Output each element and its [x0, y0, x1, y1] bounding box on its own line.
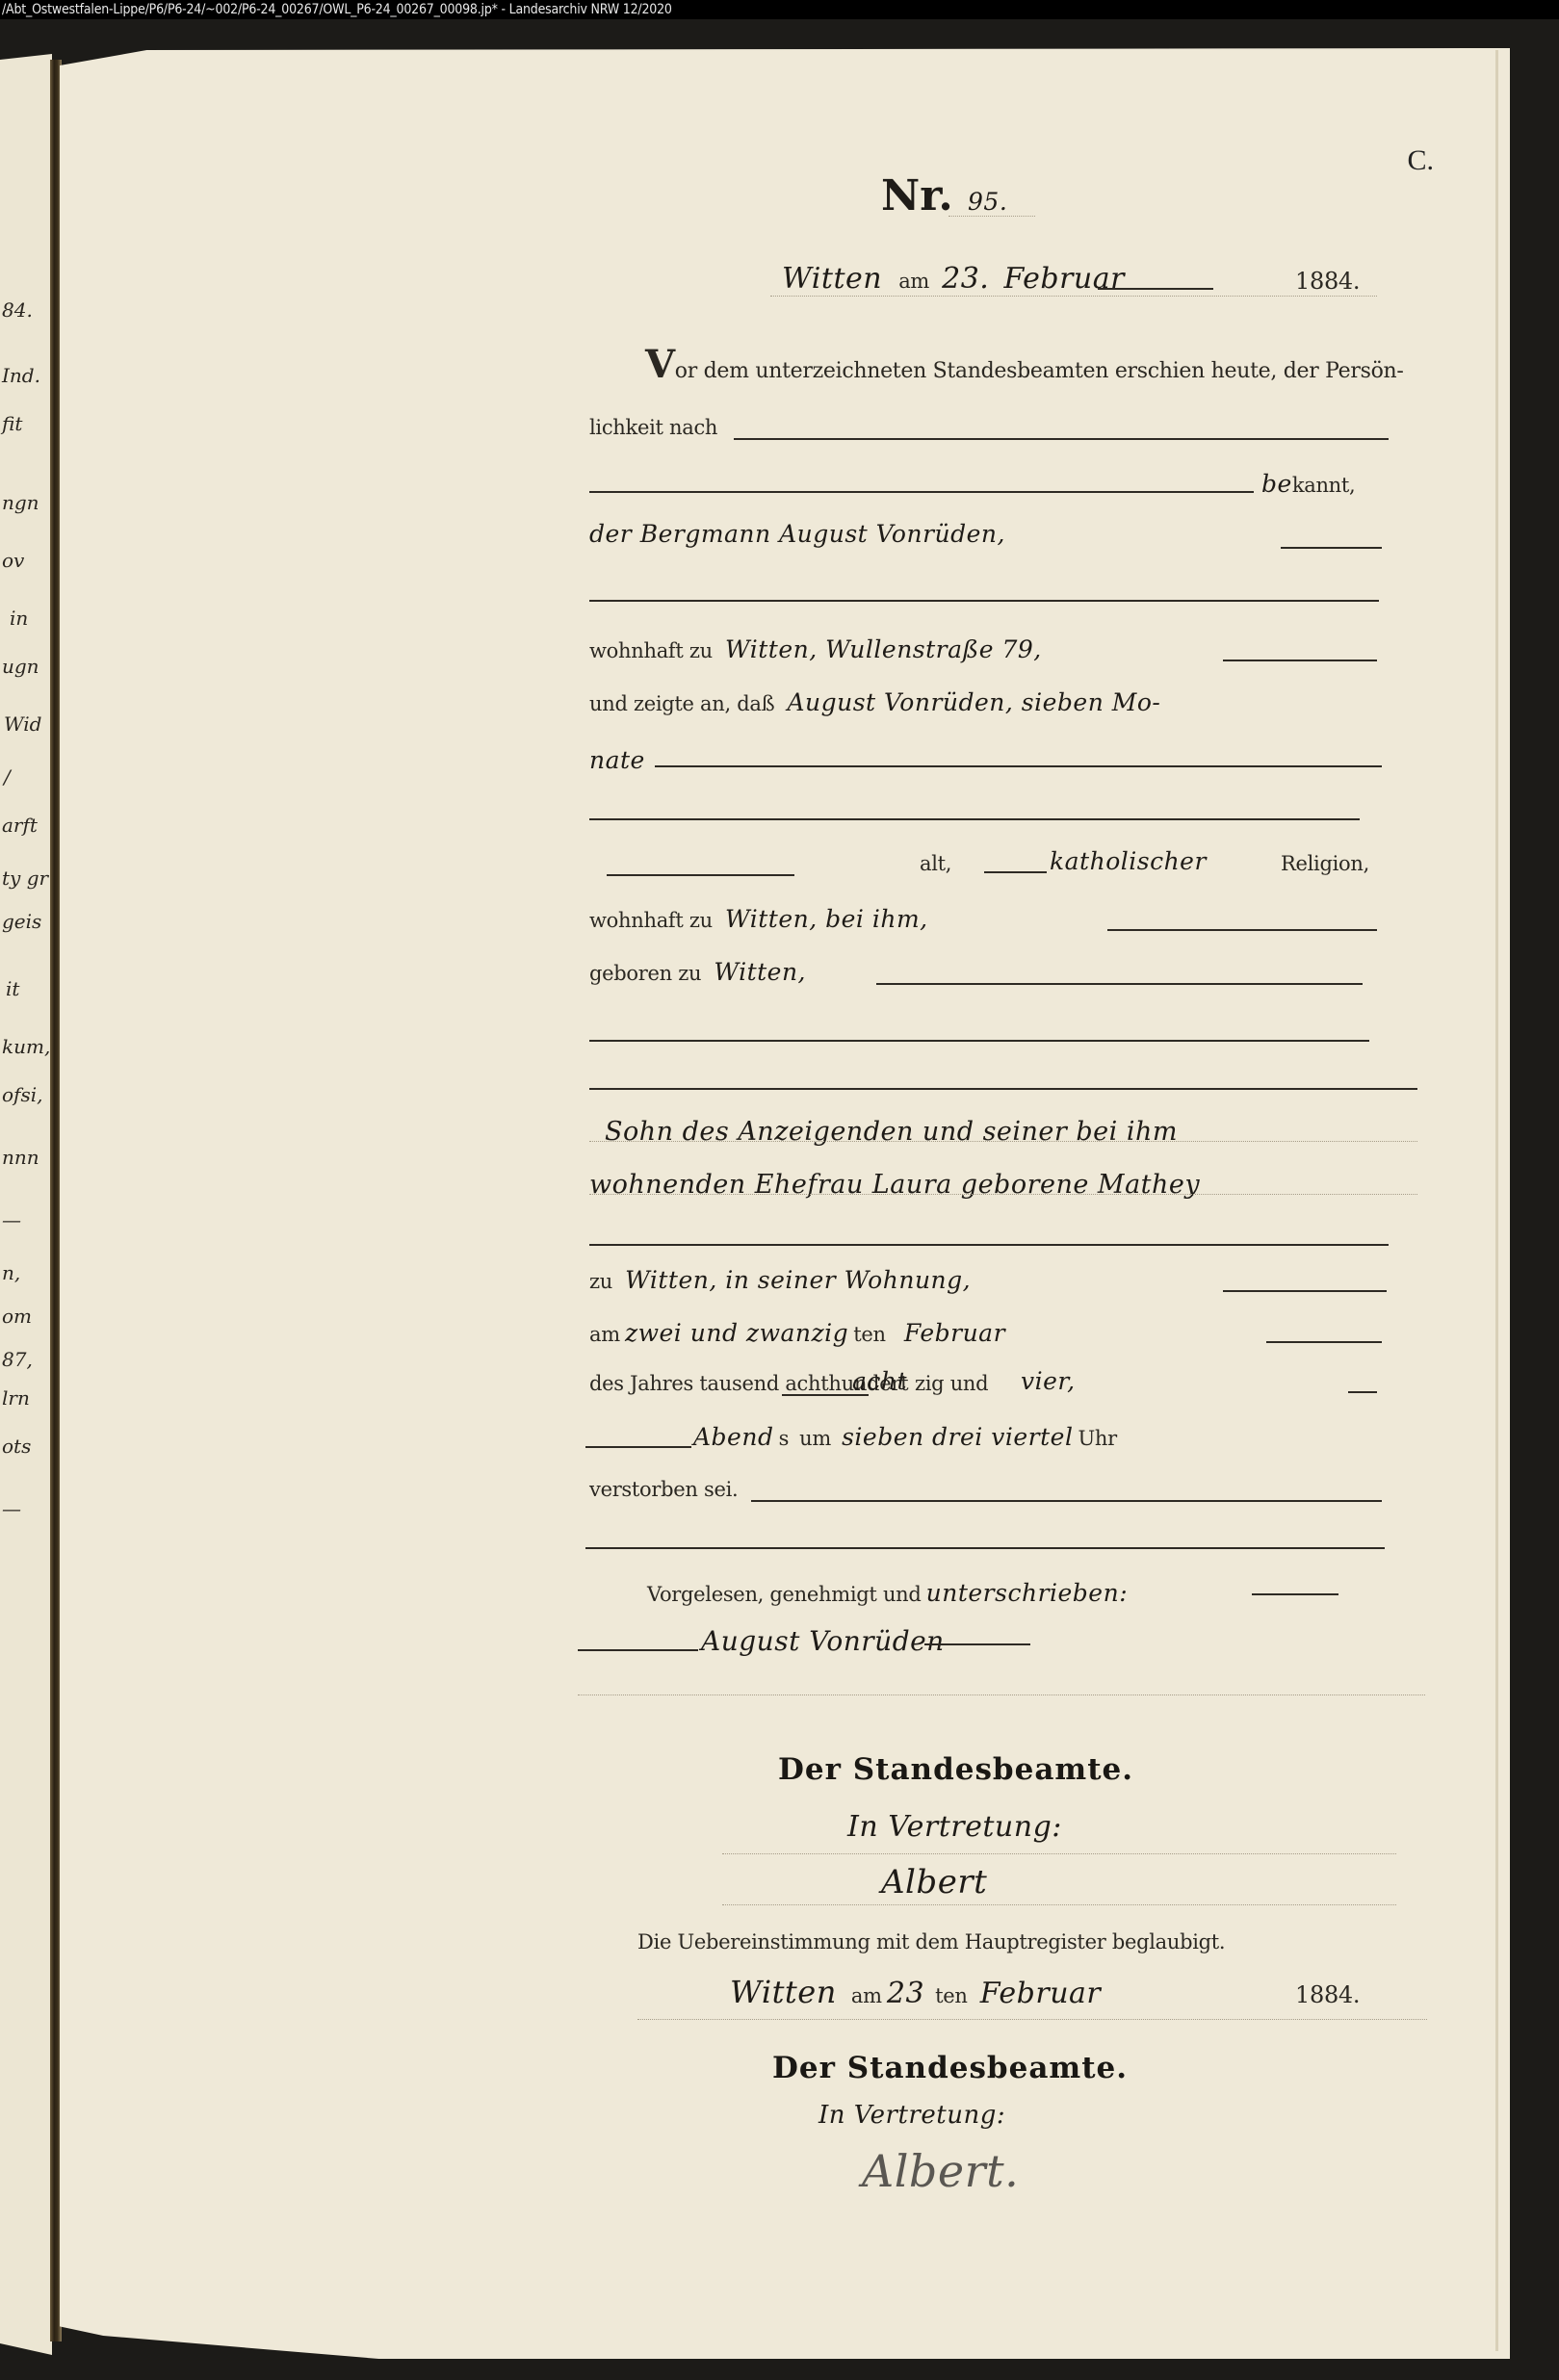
register-page	[60, 48, 1510, 2359]
cert-ten: ten	[935, 1984, 968, 2007]
time-uhr: Uhr	[1078, 1427, 1117, 1450]
page-edge	[1495, 50, 1498, 2351]
blank-line	[1223, 1290, 1387, 1292]
died-label: verstorben sei.	[589, 1478, 738, 1501]
born-value[interactable]: Witten,	[714, 958, 806, 986]
left-fragment: kum,	[2, 1035, 50, 1058]
declared-label: und zeigte an, daß	[589, 692, 774, 715]
left-fragment: nnn	[2, 1146, 39, 1169]
religion-label: Religion,	[1281, 852, 1369, 875]
registrar-heading: Der Standesbeamte.	[778, 1752, 1133, 1787]
cert-am: am	[851, 1984, 882, 2007]
blank-line	[984, 871, 1047, 873]
window-title: /Abt_Ostwestfalen-Lippe/P6/P6-24/~002/P6…	[2, 2, 672, 17]
left-fragment: ov	[2, 549, 24, 572]
parents-line-1[interactable]: Sohn des Anzeigenden und seiner bei ihm	[605, 1117, 1178, 1147]
read-row: Vorgelesen, genehmigt und unterschrieben…	[647, 1579, 1128, 1607]
dotted-line	[637, 2019, 1427, 2020]
deceased-age-cont[interactable]: nate	[589, 746, 645, 774]
cert-day: 23	[887, 1977, 924, 2010]
blank-line	[751, 1500, 1382, 1502]
left-fragment: Wid	[4, 712, 41, 736]
cert-heading: Der Standesbeamte.	[772, 2051, 1128, 2085]
born-label: geboren zu	[589, 962, 701, 985]
residence2-value[interactable]: Witten, bei ihm,	[725, 905, 928, 933]
blank-line	[1348, 1391, 1377, 1393]
blank-line	[585, 1547, 1385, 1549]
death-date-ten: ten	[853, 1323, 886, 1346]
blank-line	[589, 491, 1254, 493]
religion-value[interactable]: katholischer	[1050, 847, 1207, 875]
time-row: Abend s um sieben drei viertel Uhr	[693, 1423, 1117, 1451]
death-place-row: zu Witten, in seiner Wohnung,	[589, 1266, 971, 1294]
time-period-value[interactable]: Abend	[693, 1423, 773, 1451]
blank-line	[589, 600, 1379, 602]
dotted-line	[722, 1904, 1396, 1905]
dotted-line	[722, 1853, 1396, 1854]
blank-line	[1281, 547, 1382, 549]
dotted-line	[578, 1694, 1425, 1695]
blank-line	[589, 1088, 1417, 1090]
read-value[interactable]: unterschrieben:	[926, 1579, 1129, 1607]
left-fragment: ty gr	[2, 867, 48, 890]
left-fragment: ots	[2, 1435, 31, 1458]
residence2-row: wohnhaft zu Witten, bei ihm,	[589, 905, 928, 933]
cert-year: 1884.	[1295, 1981, 1360, 2008]
dotted-line	[589, 1141, 1417, 1142]
left-fragment: —	[2, 1208, 21, 1231]
month: Februar	[1003, 262, 1125, 296]
window-title-bar: /Abt_Ostwestfalen-Lippe/P6/P6-24/~002/P6…	[0, 0, 1559, 19]
left-fragment: lrn	[2, 1386, 30, 1410]
blank-line	[924, 1643, 1030, 1645]
declarant-signature[interactable]: August Vonrüden	[701, 1625, 945, 1657]
time-s: s	[779, 1427, 789, 1450]
number-value: 95.	[968, 188, 1007, 216]
cert-month: Februar	[980, 1977, 1102, 2010]
blank-line	[876, 983, 1363, 985]
intro-line-1: Vor dem unterzeichneten Standesbeamten e…	[645, 342, 1404, 387]
left-fragment: in	[10, 607, 28, 630]
death-month-value[interactable]: Februar	[904, 1319, 1005, 1347]
blank-line	[585, 1446, 691, 1448]
blank-line	[589, 1244, 1389, 1246]
residence-label: wohnhaft zu	[589, 639, 713, 662]
am-label: am	[898, 270, 929, 293]
blank-line	[589, 1040, 1369, 1042]
death-place-value[interactable]: Witten, in seiner Wohnung,	[625, 1266, 971, 1294]
blank-line	[589, 818, 1360, 820]
declared-row-2: nate	[589, 746, 645, 774]
place-date-row: Witten am 23. Februar	[782, 262, 1125, 296]
left-fragment: ugn	[2, 655, 39, 678]
blank-line	[578, 1649, 698, 1651]
blank-line	[1223, 660, 1377, 661]
intro-line-2: lichkeit nach	[589, 416, 717, 439]
residence2-label: wohnhaft zu	[589, 909, 713, 932]
read-label: Vorgelesen, genehmigt und	[647, 1583, 922, 1606]
left-fragment: ngn	[2, 491, 39, 514]
dotted-line	[589, 1194, 1417, 1195]
time-um: um	[799, 1427, 831, 1450]
left-fragment: /	[4, 765, 11, 789]
left-fragment: geis	[2, 910, 41, 933]
born-row: geboren zu Witten,	[589, 958, 806, 986]
registrar-signature[interactable]: Albert	[881, 1863, 987, 1901]
residence-value[interactable]: Witten, Wullenstraße 79,	[725, 635, 1042, 663]
left-fragment: it	[6, 977, 19, 1000]
cert-place: Witten	[730, 1974, 837, 2010]
parents-line-2[interactable]: wohnenden Ehefrau Laura geborene Mathey	[589, 1170, 1200, 1200]
residence-row: wohnhaft zu Witten, Wullenstraße 79,	[589, 635, 1042, 663]
year-decade-value[interactable]: acht	[852, 1367, 907, 1395]
certification-text: Die Uebereinstimmung mit dem Hauptregist…	[637, 1930, 1225, 1953]
left-fragment: Ind.	[2, 364, 40, 387]
number-label: Nr.	[881, 171, 953, 220]
year-unit-value[interactable]: vier,	[1021, 1367, 1076, 1395]
declared-row: und zeigte an, daß August Vonrüden, sieb…	[589, 688, 1160, 716]
blank-line	[734, 438, 1389, 440]
blank-line	[1252, 1593, 1338, 1595]
underline	[1098, 288, 1213, 290]
left-fragment: ofsi,	[2, 1083, 42, 1106]
deceased-name[interactable]: August Vonrüden, sieben Mo-	[787, 688, 1160, 716]
known-print: kannt,	[1292, 474, 1356, 497]
year: 1884.	[1295, 268, 1360, 295]
blank-line	[1266, 1341, 1382, 1343]
known-row: bekannt,	[1261, 470, 1355, 498]
left-page-fragment	[0, 54, 52, 2355]
blank-line	[655, 765, 1382, 767]
blank-line	[1107, 929, 1377, 931]
left-fragment: 84.	[2, 298, 33, 322]
death-date-row: am zwei und zwanzig ten Februar	[589, 1319, 1005, 1347]
intro-text: or dem unterzeichneten Standesbeamten er…	[675, 359, 1404, 383]
form-letter: C.	[1407, 144, 1434, 177]
death-day-value[interactable]: zwei und zwanzig	[625, 1319, 848, 1347]
age-label: alt,	[920, 852, 951, 875]
blank-line	[607, 874, 794, 876]
dotted-line	[948, 216, 1035, 217]
left-fragment: arft	[2, 814, 38, 837]
place: Witten	[782, 262, 882, 296]
left-fragment: om	[2, 1305, 32, 1328]
left-fragment: 87,	[2, 1348, 33, 1371]
left-fragment: fit	[2, 412, 22, 435]
day: 23.	[942, 262, 989, 296]
declarant[interactable]: der Bergmann August Vonrüden,	[589, 520, 1005, 548]
record-number: Nr. 95.	[881, 171, 1007, 220]
death-place-label: zu	[589, 1270, 612, 1293]
known-hw: be	[1261, 470, 1292, 498]
time-value[interactable]: sieben drei viertel	[842, 1423, 1073, 1451]
intro-dropcap: V	[645, 342, 675, 387]
registrar-deputy[interactable]: In Vertretung:	[847, 1810, 1062, 1844]
left-fragment: n,	[2, 1261, 20, 1284]
death-date-am: am	[589, 1323, 620, 1346]
cert-date-row: Witten am 23 ten Februar	[730, 1974, 1101, 2010]
year-zig-label: zig und	[915, 1372, 988, 1395]
dotted-line	[770, 296, 1377, 297]
left-fragment: —	[2, 1497, 21, 1520]
cert-deputy[interactable]: In Vertretung:	[818, 2101, 1005, 2130]
cert-signature[interactable]: Albert.	[862, 2145, 1019, 2197]
